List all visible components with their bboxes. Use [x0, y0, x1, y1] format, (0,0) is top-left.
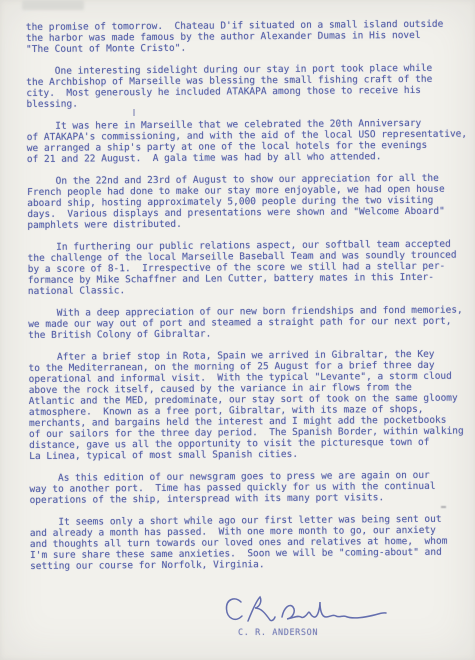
paragraph: With a deep appreciation of our new born…	[28, 305, 473, 341]
paragraph: On the 22nd and 23rd of August to show o…	[27, 173, 472, 231]
letter-body: the promise of tomorrow. Chateau D'if si…	[26, 19, 475, 583]
paragraph: It seems only a short while ago our firs…	[30, 513, 475, 571]
paragraph: One interesting sidelight during our sta…	[26, 63, 471, 110]
typed-signature-name: C. R. ANDERSON	[238, 628, 318, 638]
typewritten-letter-page: the promise of tomorrow. Chateau D'if si…	[0, 0, 475, 660]
handwritten-signature-icon	[224, 595, 389, 631]
signature-block: C. R. ANDERSON	[224, 595, 424, 650]
paragraph: As this edition of our newsgram goes to …	[29, 469, 474, 505]
paragraph: In furthering our public relations aspec…	[28, 239, 473, 297]
paragraph: It was here in Marseille that we celebra…	[27, 118, 472, 165]
paragraph: After a brief stop in Rota, Spain we arr…	[28, 349, 474, 462]
scan-smudge	[22, 0, 84, 10]
paragraph: the promise of tomorrow. Chateau D'if si…	[26, 19, 471, 55]
